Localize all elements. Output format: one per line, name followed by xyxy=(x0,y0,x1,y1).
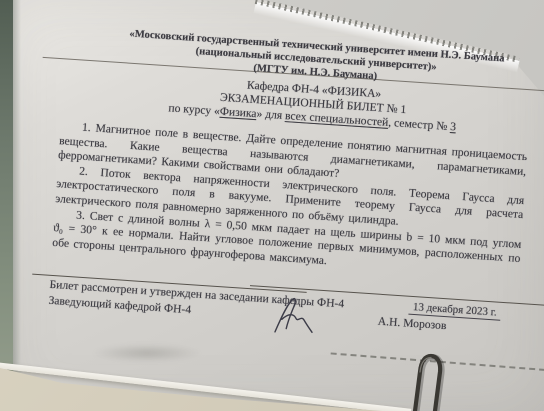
course-mid: » для xyxy=(256,107,285,122)
course-subject: Физика xyxy=(219,105,257,120)
shadow-smudge xyxy=(92,344,202,362)
signature xyxy=(269,292,322,341)
course-prefix: по курсу « xyxy=(168,101,220,117)
department-head-name: А.Н. Морозов xyxy=(377,315,446,333)
paperclip xyxy=(398,345,462,411)
question-list: 1. Магнитное поле в веществе. Дайте опре… xyxy=(52,119,528,281)
course-suffix: , семестр № xyxy=(388,116,451,133)
course-semester: 3 xyxy=(450,120,457,133)
printed-content: «Московский государственный технический … xyxy=(0,6,544,398)
photo-background: «Московский государственный технический … xyxy=(0,0,544,411)
